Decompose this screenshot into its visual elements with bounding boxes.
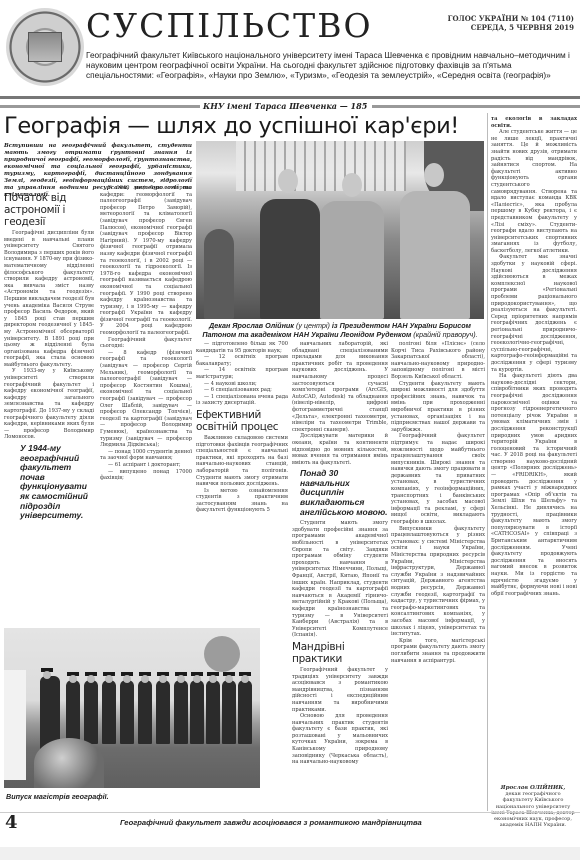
paragraph: У 1949 році було створено кафедри: геомо… [100, 185, 192, 337]
paragraph: Географічний факультет у традиціях уніве… [292, 667, 388, 713]
author-title: декан географічного факультету Київськог… [490, 791, 576, 828]
kicker-row: КНУ імені Тараса Шевченка — 185 [0, 101, 580, 111]
paragraph: навчальних лабораторій, які обладнані сп… [292, 341, 388, 433]
column-2b: — підготовлено більш як 700 кандидатів т… [196, 341, 288, 625]
pull-quote: Понад 30 навчальних дисциплін викладають… [300, 469, 388, 517]
issue-info: ГОЛОС УКРАЇНИ № 104 (7110) СЕРЕДА, 5 ЧЕР… [448, 14, 574, 32]
paragraph: Досліджувати материки й океани, країни т… [292, 433, 388, 466]
issue-number: ГОЛОС УКРАЇНИ № 104 (7110) [448, 14, 574, 23]
graduate-figure [222, 680, 236, 744]
person-figure [260, 199, 320, 319]
list-item: — випущено понад 17000 фахівців; [100, 469, 192, 482]
graduate-figure [138, 680, 152, 744]
divider [0, 96, 580, 99]
list-item: — 6 спеціалізованих рад; [196, 387, 288, 394]
divider [0, 812, 580, 813]
logo-emblem-icon [204, 636, 240, 672]
paragraph: У 1933-му у Київському університеті ство… [4, 368, 94, 441]
paragraph: та екологів в закладах освіти. [491, 116, 577, 129]
plant-image [34, 738, 104, 788]
pull-quote: У 1944-му географічний факультет почав ф… [20, 444, 94, 521]
list-item: — 12 освітніх програм бакалаврату; [196, 354, 288, 367]
graduate-figure [84, 680, 98, 744]
photo2-caption: Випуск магістрів географії. [6, 792, 109, 801]
graduate-figure [156, 680, 170, 744]
column-1: Початок від астрономії і геодезії Геогра… [4, 190, 94, 624]
masthead: СУСПІЛЬСТВО ГОЛОС УКРАЇНИ № 104 (7110) С… [0, 0, 580, 96]
graduate-figure [238, 680, 252, 744]
person-head [278, 169, 298, 193]
paragraph: Але студентське життя — це не лише лекці… [491, 129, 577, 254]
paragraph: полігоні біля «Пліснє» (село Корчі Тиса … [391, 341, 485, 381]
graduate-figure [66, 680, 80, 744]
photo-graduates [4, 628, 260, 788]
person-head [424, 163, 444, 187]
paragraph: Основою для проведення навчальних практи… [292, 713, 388, 766]
photo-dean-with-academics [196, 141, 484, 319]
paragraph: Випускники факультету працевлаштовуються… [391, 526, 485, 638]
author-signature: Ярослав ОЛІЙНИК, декан географічного фак… [490, 785, 576, 828]
list-item: — 14 освітніх програм магістратури; [196, 367, 288, 380]
paragraph: Важливою складовою системи підготовки фа… [196, 435, 288, 488]
list-item: — підготовлено більш як 700 кандидатів т… [196, 341, 288, 354]
subhead-effective-process: Ефективний освітній процес [196, 409, 288, 433]
column-4: полігоні біля «Пліснє» (село Корчі Тиса … [391, 341, 485, 811]
issue-date: СЕРЕДА, 5 ЧЕРВНЯ 2019 [448, 23, 574, 32]
column-3: навчальних лабораторій, які обладнані сп… [292, 341, 388, 811]
kicker: КНУ імені Тараса Шевченка — 185 [200, 101, 370, 111]
building-image [236, 141, 406, 191]
subhead-astronomy: Початок від астрономії і геодезії [4, 192, 94, 228]
list-item: — понад 1000 студентів денної та заочної… [100, 449, 192, 462]
photo1-caption: Декан Ярослав Олійник (у центрі) із През… [198, 321, 482, 339]
graduate-figure [102, 680, 116, 744]
footer-tagline: Географічний факультет завжди асоціювавс… [120, 818, 422, 827]
university-seal-icon [6, 8, 84, 86]
list-item: — 61 аспірант і докторант; [100, 462, 192, 469]
person-figure [320, 201, 384, 319]
column-divider [487, 113, 488, 811]
paragraph: Студенти факультету мають широкі можливо… [391, 381, 485, 434]
list-item: — 4 наукові школи; [196, 381, 288, 388]
list-item: — 1 спеціалізована вчена рада із захисту… [196, 394, 288, 407]
paragraph: Студенти мають змогу здобувати професійн… [292, 520, 388, 639]
paragraph: На факультеті діють два науково-дослідні… [491, 373, 577, 597]
section-title: СУСПІЛЬСТВО [86, 6, 373, 45]
graduate-figure [190, 680, 204, 744]
graduate-figure [206, 680, 220, 744]
article-headline: Географія — шлях до успішної кар'єри! [4, 113, 459, 139]
column-2: У 1949 році було створено кафедри: геомо… [100, 185, 192, 625]
paragraph: Географічний факультет сьогодні: [100, 337, 192, 350]
column-5: та екологів в закладах освіти. Але студе… [491, 116, 577, 782]
person-white-shirt [4, 670, 26, 780]
divider [0, 105, 200, 108]
paragraph: Географічний факультет підтримує та нада… [391, 433, 485, 525]
subhead-travel-practices: Мандрівні практики [292, 641, 388, 665]
masthead-intro: Географічний факультет Київського націон… [86, 50, 572, 80]
person-figure [400, 191, 470, 319]
list-item: — 8 кафедр (фізичної географії та геоеко… [100, 350, 192, 449]
graduate-figure [120, 680, 134, 744]
paragraph: Факультет має значні здобутки у науковій… [491, 254, 577, 373]
graduate-figure [174, 680, 188, 744]
bottom-band [0, 847, 580, 860]
page-number: 4 [5, 812, 18, 833]
paragraph: Із метою ознайомлення студентів з практи… [196, 488, 288, 514]
divider [372, 105, 580, 108]
paragraph: Крім того, магістерські програми факульт… [391, 638, 485, 664]
paragraph: Географічні дисципліни були введені в на… [4, 230, 94, 368]
person-head [342, 173, 362, 197]
person-figure [204, 229, 234, 319]
